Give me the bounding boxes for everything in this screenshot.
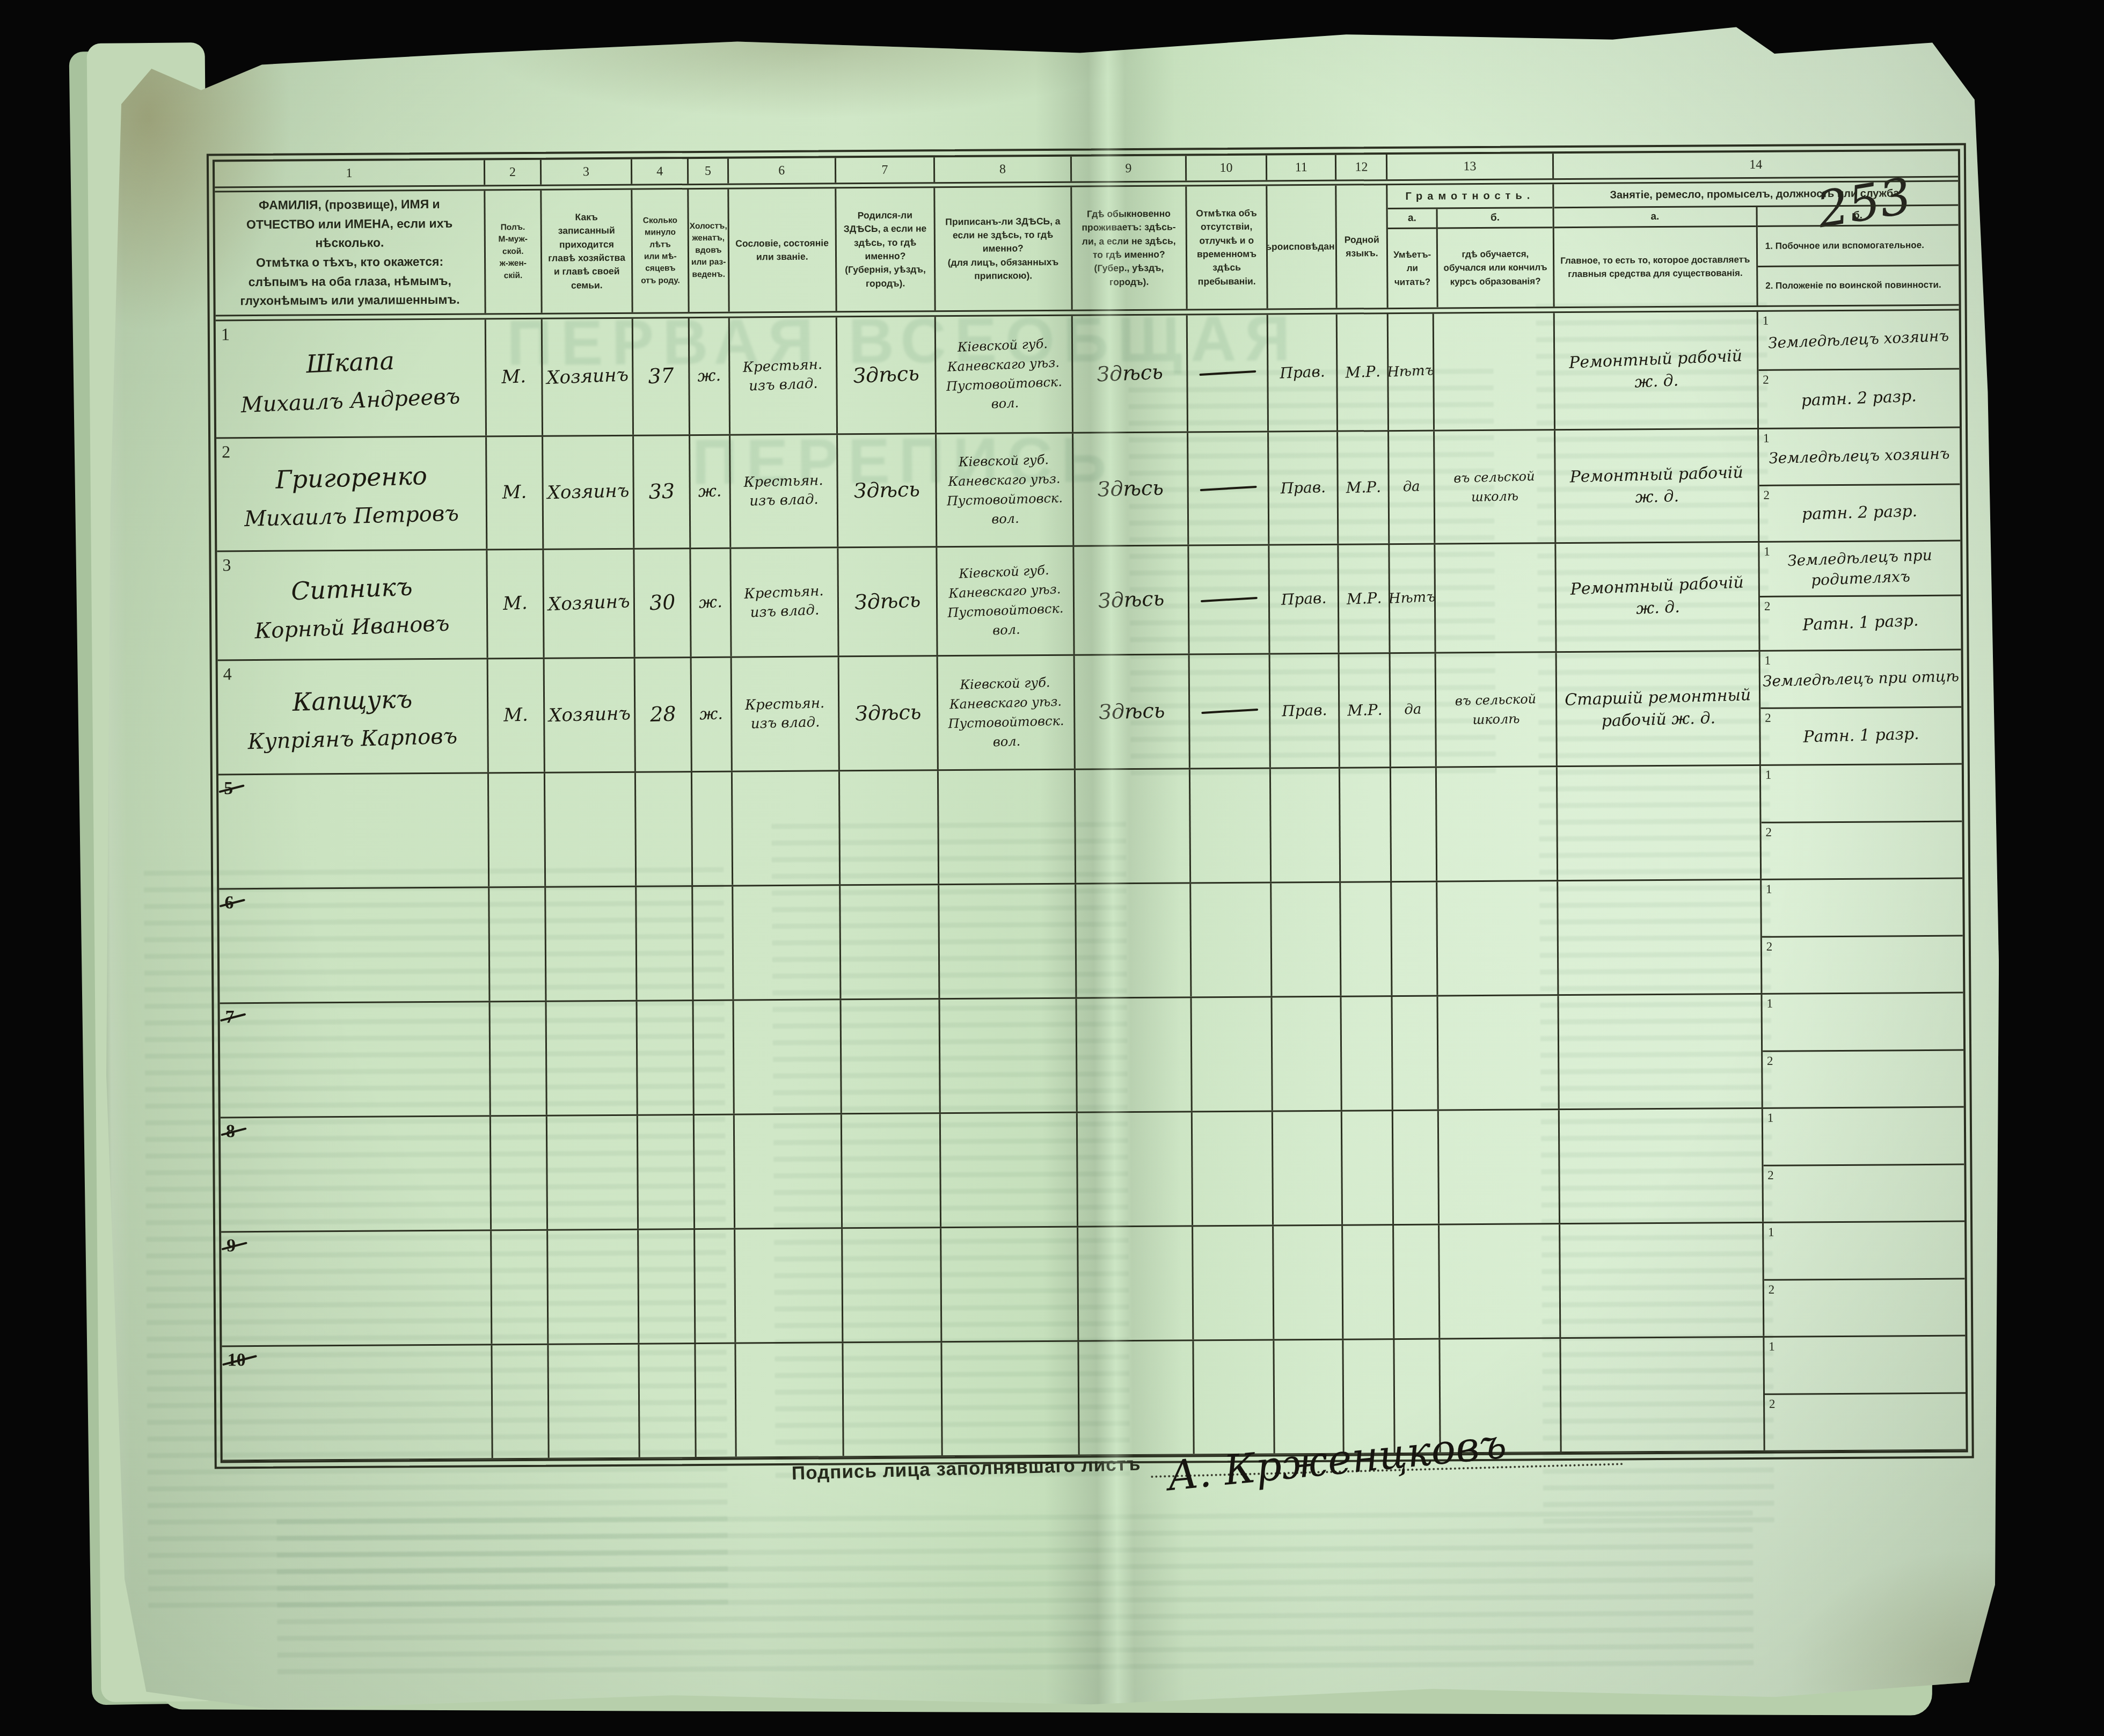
military-half: 2 (1763, 1165, 1964, 1222)
military-value: ратн. 2 разр. (1801, 385, 1917, 412)
cell-secondary-occupation: 1 2 (1763, 1108, 1964, 1222)
header-name-column: ФАМИЛІЯ, (прозвище), ИМЯ и ОТЧЕСТВО или … (215, 191, 486, 315)
absence-dash-mark (1199, 370, 1256, 376)
cell-secondary-occupation: 1 2 (1762, 994, 1963, 1107)
secondary-value: Земледѣлецъ хозяинъ (1769, 444, 1950, 469)
header-age-column: Сколько минуло лѣтъ или мѣ- сяцевъ отъ р… (633, 189, 690, 312)
cell-religion: Прав. (1269, 432, 1339, 544)
cell-secondary-occupation: 1Земледѣлецъ при родителяхъ 2Ратн. 1 раз… (1759, 542, 1961, 650)
cell-estate: Крестьян. изъ влад. (731, 548, 839, 656)
header-religion-column: Вѣроисповѣданіе. (1267, 186, 1338, 309)
marital-value: ж. (697, 365, 721, 388)
secondary-half: 1 (1762, 879, 1963, 938)
cell-language: М.Р. (1339, 432, 1390, 544)
col-number-6: 6 (729, 158, 836, 183)
military-half: 2ратн. 2 разр. (1758, 369, 1960, 428)
cell-language: М.Р. (1339, 545, 1391, 653)
col-number-1: 1 (215, 160, 485, 186)
table-row: 2 ГригоренкоМихаилъ Петровъ М. Хозяинъ 3… (216, 428, 1960, 552)
cell-given-names: Михаилъ Петровъ (244, 499, 459, 534)
estate-value: Крестьян. изъ влад. (732, 694, 838, 734)
cell-secondary-occupation: 1 2 (1762, 879, 1963, 993)
military-value: Ратн. 1 разр. (1803, 724, 1919, 748)
printed-mark-1: 1 (1765, 768, 1772, 782)
military-value: Ратн. 1 разр. (1802, 610, 1919, 636)
col-number-4: 4 (632, 159, 689, 184)
birthplace-value: Здѣсь (853, 476, 920, 505)
cell-relation: Хозяинъ (544, 550, 635, 658)
cell-occupation: Старшій ремонтный рабочій ж. д. (1557, 652, 1760, 765)
military-value: ратн. 2 разр. (1802, 500, 1918, 525)
relation-value: Хозяинъ (548, 702, 631, 728)
cell-estate: Крестьян. изъ влад. (730, 317, 838, 434)
table-row: 4 КапщукъКупріянъ Карповъ М. Хозяинъ 28 … (218, 651, 1962, 776)
header-marital-column: Холостъ, женатъ, вдовъ или раз- веденъ. (689, 189, 729, 312)
col-number-10: 10 (1187, 155, 1267, 180)
cell-name: 5 (218, 774, 490, 888)
school-value: въ сельской школѣ (1435, 466, 1554, 508)
cell-marital: ж. (690, 436, 731, 548)
table-header-row: ФАМИЛІЯ, (прозвище), ИМЯ и ОТЧЕСТВО или … (215, 180, 1959, 317)
military-half: 2 (1762, 936, 1963, 993)
printed-mark-2: 2 (1765, 711, 1771, 725)
printed-mark-2: 2 (1766, 939, 1773, 953)
occupation-secondary-caption: 1. Побочное или вспомогательное. (1758, 226, 1959, 267)
occupation-main-caption: Главное, то есть то, которое доставляетъ… (1554, 227, 1756, 307)
table-row-empty: 9 1 2 (221, 1222, 1965, 1347)
cell-residence: Здѣсь (1072, 315, 1188, 432)
relation-value: Хозяинъ (547, 589, 630, 617)
registration-value: Кіевской губ. Каневскаго уѣз. Пустовойто… (937, 449, 1073, 530)
sex-value: М. (501, 364, 526, 390)
cell-age: 33 (634, 436, 691, 548)
estate-value: Крестьян. изъ влад. (730, 471, 837, 511)
header-birthplace-column: Родился-ли ЗДѢСЬ, а если не здѣсь, то гд… (836, 188, 936, 311)
cell-registration: Кіевской губ. Каневскаго уѣз. Пустовойто… (937, 434, 1074, 546)
printed-mark-2: 2 (1769, 1397, 1776, 1411)
col-number-5: 5 (689, 159, 729, 184)
cell-given-names: Михаилъ Андреевъ (240, 382, 461, 420)
table-row-empty: 7 1 2 (220, 994, 1964, 1119)
secondary-half: 1 (1764, 1222, 1965, 1281)
cell-absence (1190, 654, 1271, 768)
printed-mark-2: 2 (1767, 1054, 1773, 1068)
birthplace-value: Здѣсь (854, 698, 922, 728)
photo-of-census-sheet: { "page": { "number_handwritten": "253",… (0, 0, 2104, 1736)
registration-value: Кіевской губ. Каневскаго уѣз. Пустовойто… (938, 672, 1075, 753)
cell-registration: Кіевской губ. Каневскаго уѣз. Пустовойто… (936, 316, 1073, 433)
table-row-empty: 5 1 2 (218, 765, 1962, 890)
occupation-value: Ремонтный рабочій ж. д. (1554, 345, 1757, 396)
header-language-column: Родной языкъ. (1337, 185, 1389, 308)
residence-value: Здѣсь (1098, 585, 1165, 615)
col-number-8: 8 (935, 157, 1072, 183)
secondary-half: 1 (1761, 765, 1962, 823)
cell-secondary-occupation: 1 2 (1764, 1337, 1966, 1450)
marital-value: ж. (699, 703, 724, 726)
cell-religion: Прав. (1270, 654, 1340, 768)
cell-estate: Крестьян. изъ влад. (732, 657, 840, 770)
col-number-2: 2 (485, 160, 542, 185)
cell-marital: ж. (690, 318, 730, 434)
cell-name: 3 СитникъКорнѣй Ивановъ (217, 550, 488, 659)
cell-age: 28 (635, 658, 692, 771)
registration-value: Кіевской губ. Каневскаго уѣз. Пустовойто… (937, 559, 1074, 642)
cell-absence (1188, 315, 1269, 431)
cell-registration: Кіевской губ. Каневскаго уѣз. Пустовойто… (938, 656, 1076, 770)
cell-absence (1189, 545, 1270, 653)
cell-name: 4 КапщукъКупріянъ Карповъ (218, 659, 489, 774)
cell-surname: Ситникъ (254, 568, 450, 609)
cell-surname: Шкапа (240, 341, 461, 384)
cell-religion: Прав. (1269, 545, 1340, 653)
occupation-military-caption: 2. Положеніе по воинской повинности. (1758, 266, 1959, 305)
cell-name: 10 (222, 1345, 493, 1460)
religion-value: Прав. (1280, 361, 1326, 383)
school-value: въ сельской школѣ (1436, 689, 1556, 731)
cell-secondary-occupation: 1Земледѣлецъ при отцѣ 2Ратн. 1 разр. (1760, 651, 1961, 764)
printed-mark-1: 1 (1763, 432, 1770, 446)
header-literacy-column: Грамотность. а. Умѣетъ-ли читать? б. гдѣ… (1388, 184, 1555, 308)
cell-marital: ж. (691, 549, 732, 657)
occupation-letter-b: б. (1757, 206, 1958, 227)
cell-name: 7 (220, 1002, 491, 1117)
cell-given-names: Корнѣй Ивановъ (254, 609, 450, 646)
struck-row-number: 6 (224, 893, 233, 913)
printed-mark-1: 1 (1763, 314, 1769, 328)
estate-value: Крестьян. изъ влад. (730, 355, 837, 397)
secondary-value: Земледѣлецъ при родителяхъ (1759, 544, 1961, 593)
cell-estate: Крестьян. изъ влад. (730, 435, 838, 547)
printed-mark-2: 2 (1769, 1282, 1775, 1296)
table-row-empty: 10 1 2 (222, 1337, 1966, 1461)
row-number: 2 (222, 442, 230, 462)
military-half: 2ратн. 2 разр. (1759, 485, 1960, 541)
header-absence-column: Отмѣтка объ отсутствіи, отлучкѣ и о врем… (1187, 186, 1268, 309)
literacy-letter-b: б. (1438, 208, 1553, 229)
header-registration-column: Приписанъ-ли ЗДѢСЬ, а если не здѣсь, то … (935, 187, 1072, 311)
printed-mark-1: 1 (1764, 654, 1771, 668)
cell-name: 8 (221, 1117, 492, 1231)
sex-value: М. (502, 591, 528, 617)
header-residence-column: Гдѣ обыкновенно проживаетъ: здѣсь-ли, а … (1072, 186, 1188, 309)
religion-value: Прав. (1281, 588, 1327, 610)
cell-birthplace: Здѣсь (839, 657, 939, 770)
age-value: 30 (649, 589, 676, 617)
religion-value: Прав. (1280, 477, 1326, 499)
cell-residence: Здѣсь (1075, 655, 1190, 768)
cell-marital: ж. (692, 658, 733, 771)
relation-value: Хозяинъ (546, 363, 629, 391)
col-number-13-label: 13 (1463, 159, 1476, 174)
struck-row-number: 9 (227, 1236, 236, 1256)
cell-secondary-occupation: 1Земледѣлецъ хозяинъ 2ратн. 2 разр. (1759, 428, 1960, 541)
literacy-letter-a: а. (1388, 209, 1436, 230)
reads-value: да (1402, 478, 1420, 497)
occupation-letter-a: а. (1554, 207, 1756, 228)
language-value: М.Р. (1346, 588, 1382, 609)
printed-mark-2: 2 (1764, 599, 1771, 613)
cell-age: 30 (635, 549, 692, 657)
sex-value: М. (503, 703, 529, 728)
cell-name: 2 ГригоренкоМихаилъ Петровъ (216, 437, 487, 550)
header-occupation-column: Занятіе, ремесло, промыселъ, должность и… (1554, 182, 1959, 307)
printed-mark-1: 1 (1766, 997, 1773, 1011)
language-value: М.Р. (1346, 477, 1381, 499)
cell-language: М.Р. (1340, 654, 1391, 767)
secondary-half: 1Земледѣлецъ хозяинъ (1759, 428, 1960, 486)
cell-secondary-occupation: 1Земледѣлецъ хозяинъ 2ратн. 2 разр. (1758, 311, 1960, 428)
cell-reads: Нѣтъ (1390, 545, 1436, 653)
col-number-14-label: 14 (1749, 157, 1762, 172)
military-half: 2 (1765, 1394, 1966, 1450)
cell-relation: Хозяинъ (544, 659, 636, 772)
cell-sex: М. (487, 437, 544, 549)
cell-occupation: Ремонтный рабочій ж. д. (1555, 429, 1759, 542)
col-number-12: 12 (1336, 155, 1387, 180)
birthplace-value: Здѣсь (854, 587, 921, 617)
cell-occupation: Ремонтный рабочій ж. д. (1554, 312, 1758, 429)
header-relation-column: Какъ записанный приходится главѣ хозяйст… (542, 190, 633, 313)
cell-absence (1188, 432, 1269, 544)
cell-sex: М. (488, 659, 545, 772)
religion-value: Прав. (1282, 700, 1327, 721)
printed-mark-2: 2 (1763, 488, 1770, 502)
cell-surname: Григоренко (243, 458, 458, 497)
military-half: 2 (1763, 1051, 1964, 1107)
secondary-half: 1Земледѣлецъ при отцѣ (1760, 651, 1961, 709)
military-half: 2Ратн. 1 разр. (1760, 596, 1961, 650)
literacy-sub-b: б. гдѣ обучается, обучался или кончилъ к… (1438, 208, 1553, 307)
sex-value: М. (502, 480, 527, 505)
cell-secondary-occupation: 1 2 (1764, 1222, 1965, 1336)
struck-row-number: 10 (227, 1350, 245, 1370)
cell-age: 37 (633, 318, 690, 435)
header-estate-column: Сословіе, состояніе или званіе. (729, 188, 837, 311)
cell-reads: да (1391, 654, 1437, 767)
military-half: 2Ратн. 1 разр. (1760, 707, 1962, 764)
printed-mark-2: 2 (1763, 373, 1769, 386)
cell-registration: Кіевской губ. Каневскаго уѣз. Пустовойто… (937, 547, 1075, 655)
military-half: 2 (1764, 1279, 1966, 1336)
printed-mark-1: 1 (1766, 882, 1772, 896)
language-value: М.Р. (1345, 361, 1380, 383)
col-number-11: 11 (1267, 155, 1337, 180)
estate-value: Крестьян. изъ влад. (731, 581, 838, 623)
reads-value: Нѣтъ (1390, 588, 1436, 609)
cell-school (1434, 313, 1555, 429)
cell-religion: Прав. (1268, 315, 1338, 431)
bleedthrough-text-block (276, 1511, 1754, 1681)
cell-birthplace: Здѣсь (838, 434, 938, 546)
cell-birthplace: Здѣсь (838, 548, 938, 655)
secondary-half: 1Земледѣлецъ при родителяхъ (1759, 542, 1961, 597)
cell-name: 1 ШкапаМихаилъ Андреевъ (216, 319, 487, 437)
reads-value: Нѣтъ (1389, 362, 1435, 383)
cell-secondary-occupation: 1 2 (1761, 765, 1962, 879)
residence-value: Здѣсь (1098, 697, 1165, 727)
secondary-half: 1Земледѣлецъ хозяинъ (1758, 311, 1959, 371)
marital-value: ж. (698, 592, 722, 614)
birthplace-value: Здѣсь (852, 360, 919, 390)
occupation-sub-a: а. Главное, то есть то, которое доставля… (1554, 207, 1758, 307)
registration-value: Кіевской губ. Каневскаго уѣз. Пустовойто… (936, 333, 1073, 415)
row-number: 3 (222, 555, 231, 575)
cell-name: 6 (219, 888, 490, 1002)
age-value: 33 (648, 478, 675, 506)
secondary-value: Земледѣлецъ хозяинъ (1768, 326, 1949, 354)
cell-residence: Здѣсь (1073, 433, 1189, 545)
secondary-half: 1 (1762, 994, 1963, 1052)
cell-sex: М. (486, 319, 543, 436)
col-number-9: 9 (1071, 156, 1187, 181)
printed-mark-1: 1 (1769, 1340, 1775, 1354)
printed-mark-2: 2 (1767, 1168, 1774, 1182)
occupation-value: Старшій ремонтный рабочій ж. д. (1557, 684, 1759, 733)
residence-value: Здѣсь (1097, 475, 1164, 504)
cell-school: въ сельской школѣ (1436, 653, 1558, 766)
cell-residence: Здѣсь (1074, 546, 1190, 654)
col-number-7: 7 (836, 157, 935, 183)
age-value: 37 (647, 362, 674, 391)
col-number-14: 14 (1553, 151, 1958, 179)
table-row-empty: 8 1 2 (221, 1108, 1964, 1233)
cell-occupation: Ремонтный рабочій ж. д. (1556, 543, 1760, 651)
occupation-title: Занятіе, ремесло, промыселъ, должность и… (1554, 182, 1959, 209)
cell-school: въ сельской школѣ (1435, 431, 1556, 543)
residence-value: Здѣсь (1096, 359, 1163, 389)
occupation-value: Ремонтный рабочій ж. д. (1556, 571, 1759, 623)
language-value: М.Р. (1347, 700, 1382, 721)
secondary-value: Земледѣлецъ при отцѣ (1762, 666, 1959, 692)
printed-mark-1: 1 (1768, 1226, 1774, 1239)
marital-value: ж. (698, 480, 722, 503)
census-table: 1 2 3 4 5 6 7 8 9 10 11 12 13 14 ФАМИЛІЯ… (213, 149, 1968, 1463)
row-number: 4 (223, 664, 232, 684)
cell-sex: М. (487, 550, 544, 658)
cell-surname: Капщукъ (247, 681, 457, 720)
literacy-school-question: гдѣ обучается, обучался или кончилъ курс… (1438, 228, 1553, 307)
secondary-half: 1 (1763, 1108, 1964, 1166)
printed-mark-1: 1 (1767, 1111, 1774, 1125)
occupation-value: Ремонтный рабочій ж. д. (1555, 461, 1758, 510)
cell-birthplace: Здѣсь (837, 317, 937, 433)
col-number-3: 3 (542, 159, 633, 185)
struck-row-number: 7 (225, 1007, 235, 1027)
reads-value: да (1404, 701, 1422, 720)
cell-name: 9 (221, 1231, 492, 1345)
cell-school (1435, 544, 1557, 652)
cell-given-names: Купріянъ Карповъ (247, 722, 458, 757)
printed-mark-2: 2 (1765, 825, 1772, 839)
header-sex-column: Полъ. М-муж- ской. ж-жен- скій. (485, 191, 542, 313)
absence-dash-mark (1201, 597, 1258, 602)
table-row: 3 СитникъКорнѣй Ивановъ М. Хозяинъ 30 ж.… (217, 542, 1961, 661)
absence-dash-mark (1200, 486, 1256, 491)
census-sheet: ПЕРВАЯ ВСЕОБЩАЯ ПЕРЕПИСЬ 253 1 2 3 4 5 6… (90, 22, 2003, 1714)
row-number: 1 (221, 324, 230, 344)
literacy-reads-question: Умѣетъ-ли читать? (1388, 229, 1437, 308)
literacy-title: Грамотность. (1388, 184, 1553, 209)
col-number-13: 13 (1387, 154, 1554, 179)
cell-relation: Хозяинъ (543, 436, 635, 549)
table-row-empty: 6 1 2 (219, 879, 1963, 1004)
absence-dash-mark (1201, 709, 1258, 714)
cell-language: М.Р. (1338, 314, 1389, 431)
cell-reads: да (1389, 432, 1435, 544)
struck-row-number: 8 (226, 1121, 235, 1142)
cell-relation: Хозяинъ (542, 319, 634, 435)
literacy-sub-a: а. Умѣетъ-ли читать? (1388, 209, 1438, 308)
secondary-half: 1 (1764, 1337, 1966, 1395)
relation-value: Хозяинъ (547, 479, 630, 506)
military-half: 2 (1761, 822, 1962, 879)
struck-row-number: 5 (224, 778, 233, 799)
cell-reads: Нѣтъ (1389, 314, 1435, 431)
table-row: 1 ШкапаМихаилъ Андреевъ М. Хозяинъ 37 ж.… (216, 309, 1960, 439)
occupation-sub-b: б. 1. Побочное или вспомогательное. 2. П… (1757, 206, 1959, 305)
age-value: 28 (650, 701, 677, 729)
